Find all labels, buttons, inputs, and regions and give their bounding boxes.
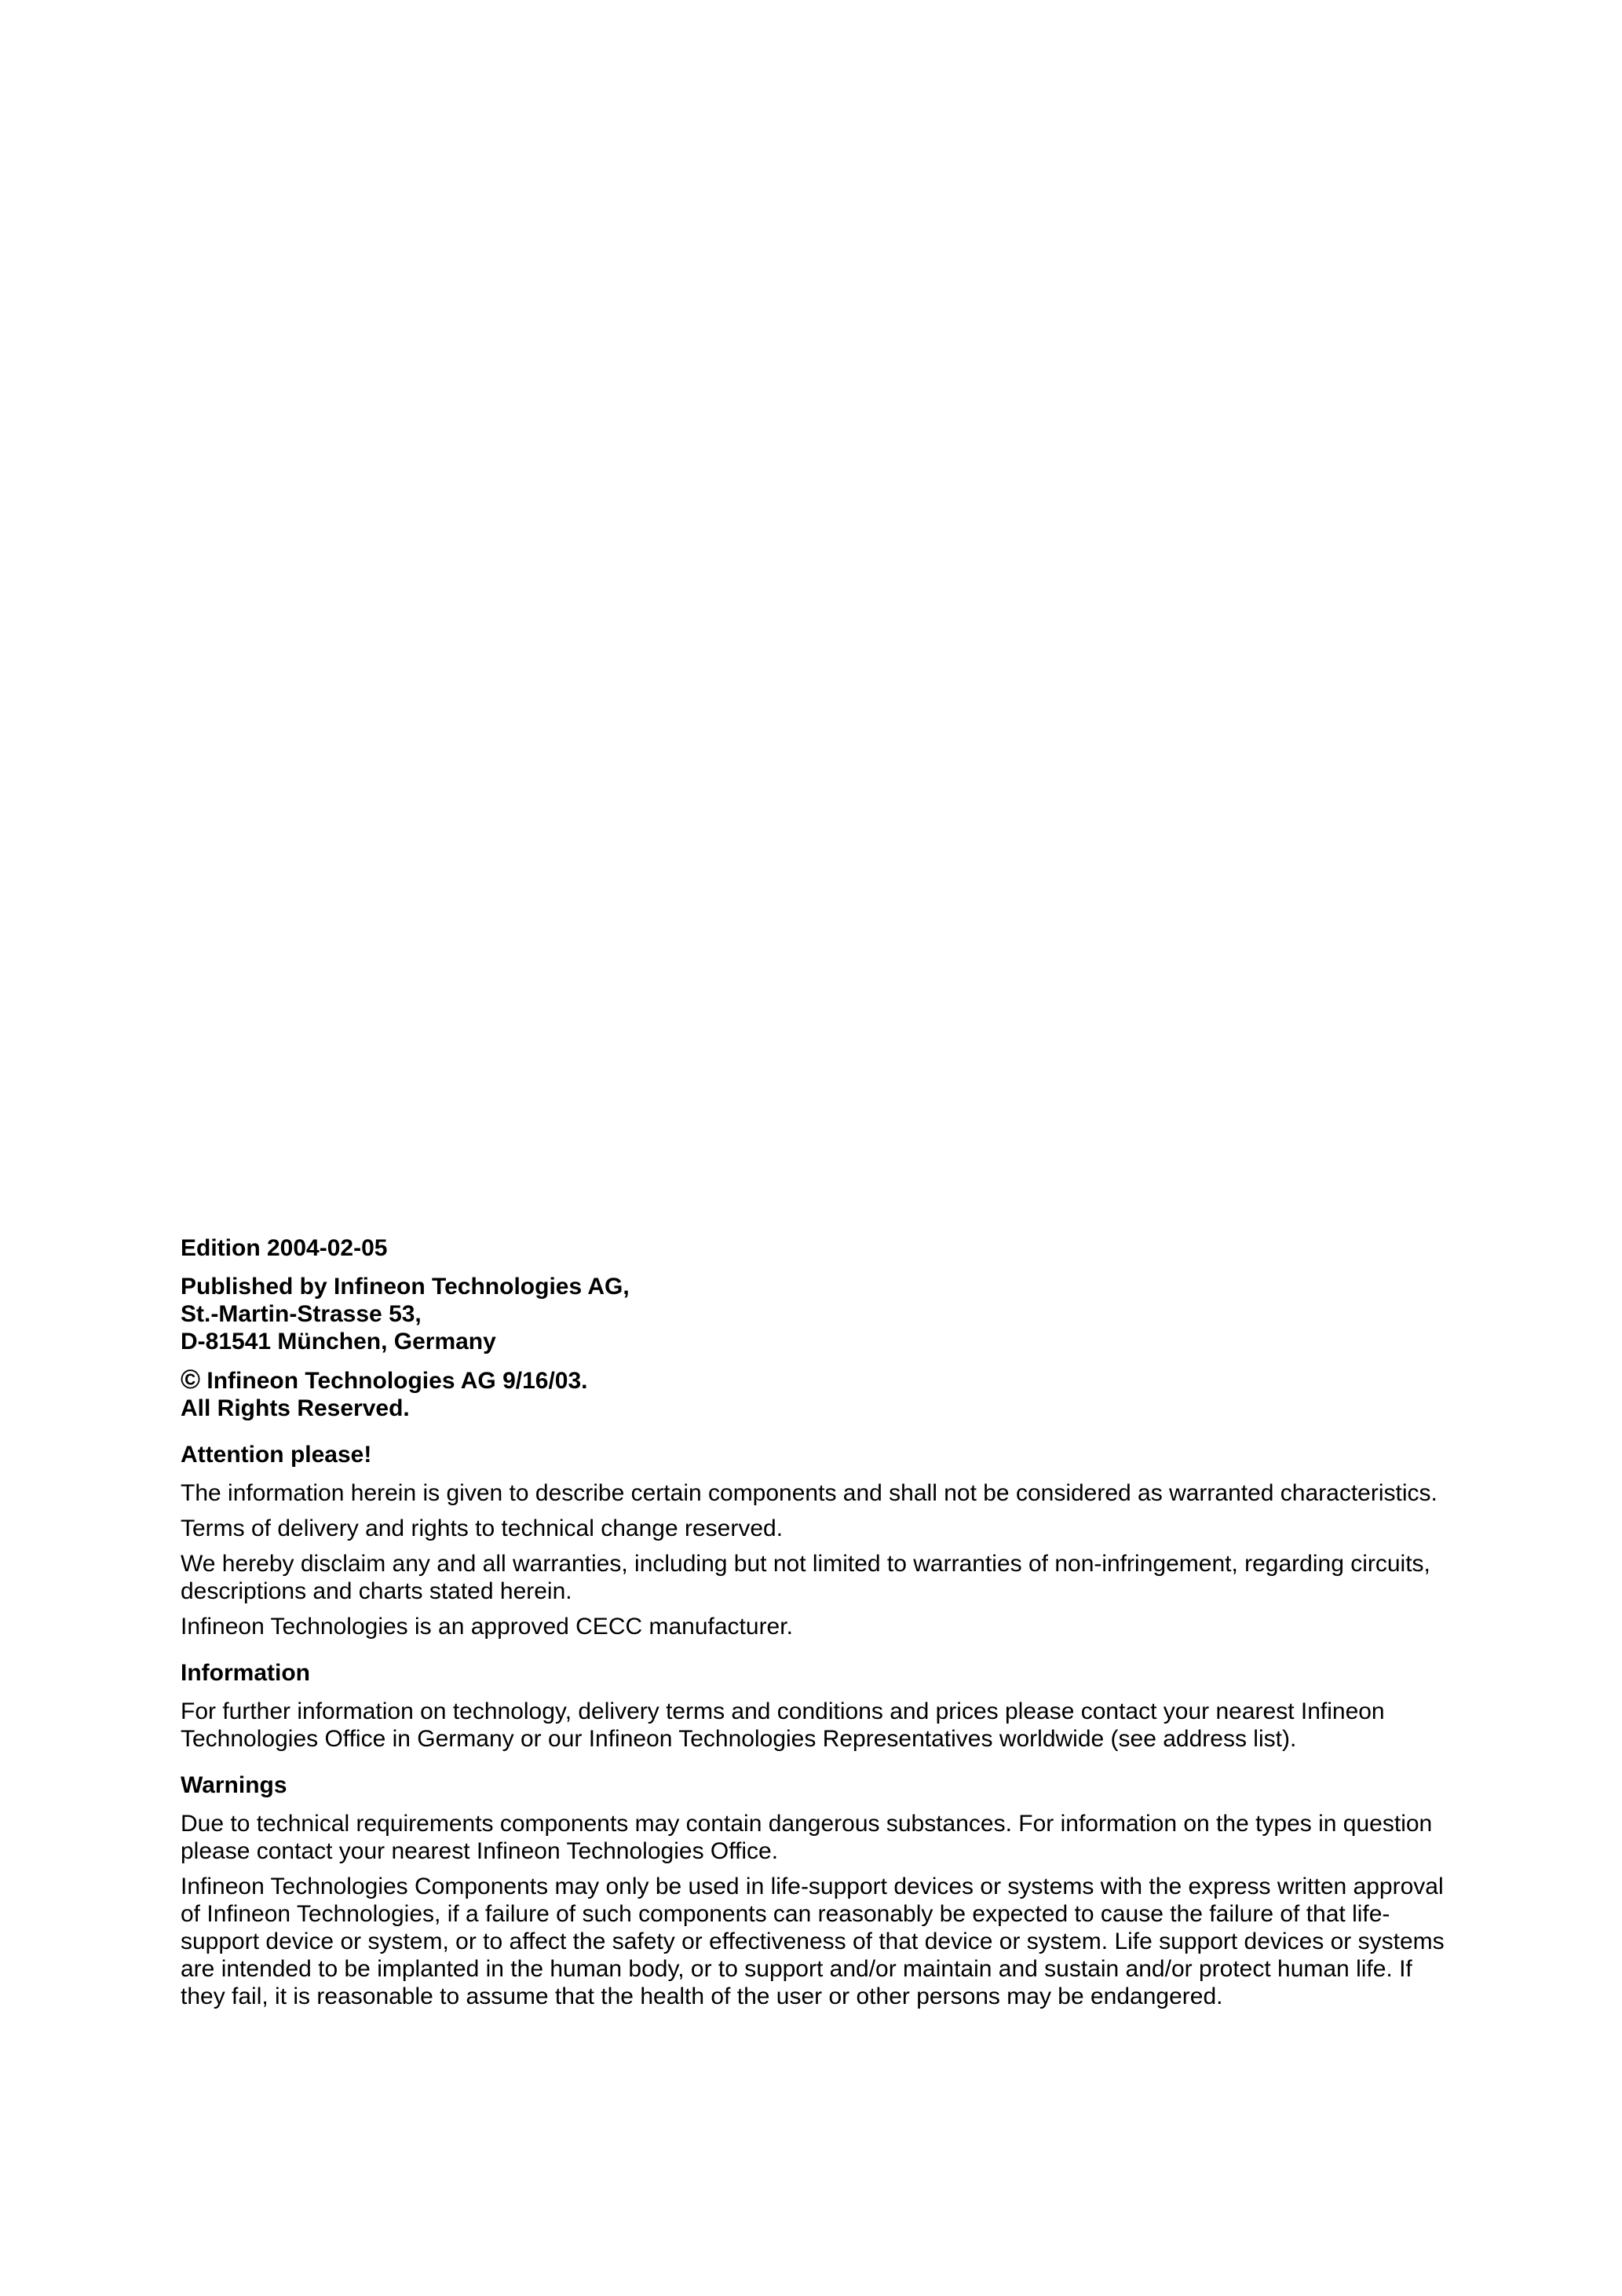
publisher-line: Published by Infineon Technologies AG, [181,1273,1452,1300]
rights-line: All Rights Reserved. [181,1395,1452,1422]
paragraph: Due to technical requirements components… [181,1810,1452,1865]
paragraph: The information herein is given to descr… [181,1479,1452,1507]
paragraph: Infineon Technologies Components may onl… [181,1873,1452,2010]
section-attention: Attention please! The information herein… [181,1441,1452,1640]
paragraph: We hereby disclaim any and all warrantie… [181,1550,1452,1605]
section-heading-attention: Attention please! [181,1441,1452,1468]
section-heading-information: Information [181,1659,1452,1687]
copyright-line: © Infineon Technologies AG 9/16/03. [181,1366,1452,1395]
copyright-notice: © Infineon Technologies AG 9/16/03. All … [181,1366,1452,1422]
street-line: St.-Martin-Strasse 53, [181,1300,1452,1328]
publisher-address: Published by Infineon Technologies AG, S… [181,1273,1452,1355]
paragraph: For further information on technology, d… [181,1698,1452,1753]
section-warnings: Warnings Due to technical requirements c… [181,1771,1452,2010]
section-heading-warnings: Warnings [181,1771,1452,1799]
edition-line: Edition 2004-02-05 [181,1234,1452,1262]
city-line: D-81541 München, Germany [181,1328,1452,1355]
paragraph: Infineon Technologies is an approved CEC… [181,1613,1452,1640]
imprint-block: Edition 2004-02-05 Published by Infineon… [181,1234,1452,2018]
section-information: Information For further information on t… [181,1659,1452,1753]
copyright-text: Infineon Technologies AG 9/16/03. [200,1368,587,1394]
paragraph: Terms of delivery and rights to technica… [181,1515,1452,1542]
copyright-icon: © [181,1365,200,1395]
